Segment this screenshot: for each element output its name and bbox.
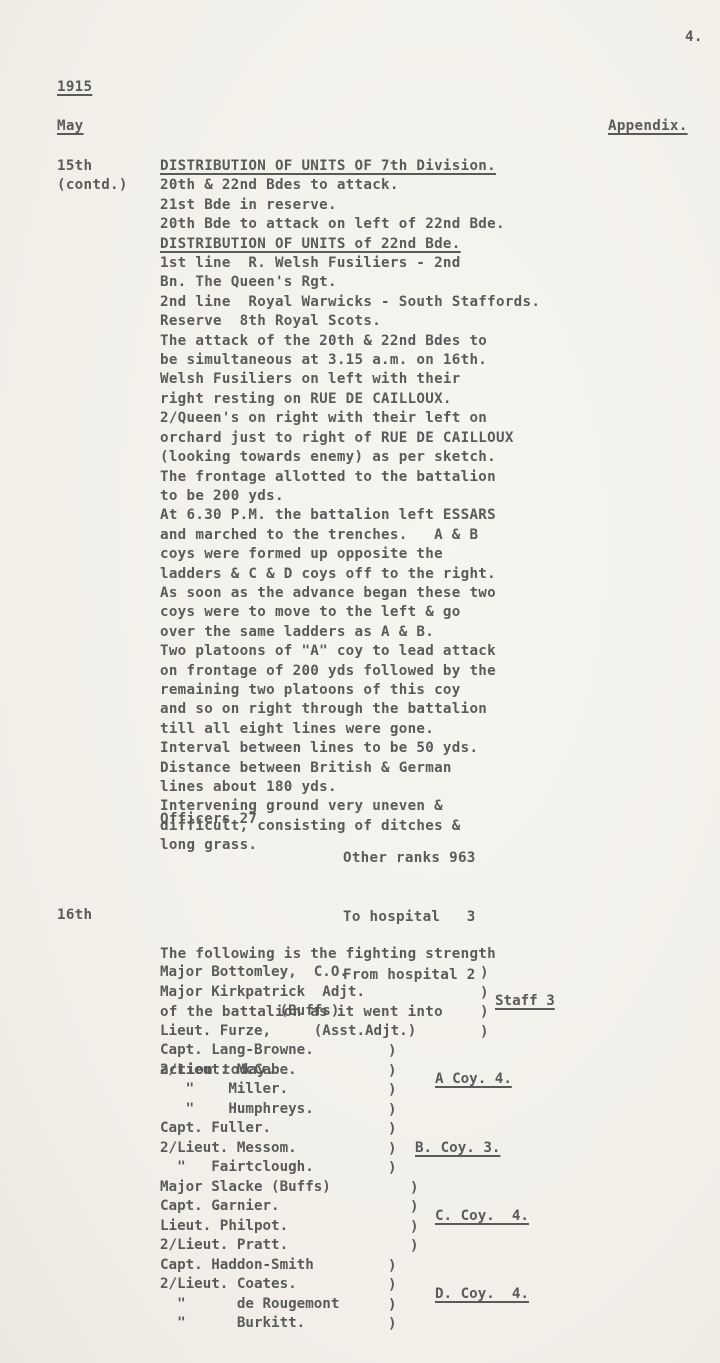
roster-member: Capt. Fuller. <box>160 1120 416 1140</box>
entry-line: The attack of the 20th & 22nd Bdes to <box>160 332 540 351</box>
year-heading: 1915 <box>57 78 92 98</box>
entry-line: 2/Queen's on right with their left on <box>160 409 540 428</box>
entry-line: Reserve 8th Royal Scots. <box>160 312 540 331</box>
group-brace: ) ) ) <box>388 1120 397 1179</box>
entry-line: orchard just to right of RUE DE CAILLOUX <box>160 429 540 448</box>
entry-line: coys were formed up opposite the <box>160 545 540 564</box>
entry-line: As soon as the advance began these two <box>160 584 540 603</box>
entry-date-15th: 15th <box>57 157 92 177</box>
intro-line: The following is the fighting strength <box>160 945 496 964</box>
entry-line: 2nd line Royal Warwicks - South Stafford… <box>160 293 540 312</box>
entry-line: 1st line R. Welsh Fusiliers - 2nd <box>160 254 540 273</box>
roster-member: " Miller. <box>160 1081 416 1101</box>
roster-member: " Burkitt. <box>160 1315 416 1335</box>
group-label: Staff 3 <box>495 993 555 1009</box>
entry-line: DISTRIBUTION OF UNITS of 22nd Bde. <box>160 235 540 254</box>
page-number: 4. <box>685 28 703 48</box>
entry-line: coys were to move to the left & go <box>160 603 540 622</box>
entry-line: lines about 180 yds. <box>160 778 540 797</box>
entry-line: over the same ladders as A & B. <box>160 623 540 642</box>
group-brace: ) ) ) ) <box>480 964 489 1042</box>
roster-member: Major Slacke (Buffs) <box>160 1179 416 1199</box>
roster-member: 2/Lieut. Messom. <box>160 1140 416 1160</box>
roster-member: Major Bottomley, C.O. <box>160 964 416 984</box>
entry-line: The frontage allotted to the battalion <box>160 468 540 487</box>
entry-date-16th: 16th <box>57 906 92 926</box>
entry-line: be simultaneous at 3.15 a.m. on 16th. <box>160 351 540 370</box>
group-label: B. Coy. 3. <box>415 1140 500 1156</box>
group-brace: ) ) ) ) <box>410 1179 419 1257</box>
roster-member: " Fairtclough. <box>160 1159 416 1179</box>
entry-line: ladders & C & D coys off to the right. <box>160 565 540 584</box>
entry-line: on frontage of 200 yds followed by the <box>160 662 540 681</box>
officers-count: Officers 27 <box>160 810 257 830</box>
roster-member: " Humphreys. <box>160 1101 416 1121</box>
entry-line: Bn. The Queen's Rgt. <box>160 273 540 292</box>
document-page: 4. 1915 May Appendix. 15th (contd.) DIST… <box>0 0 720 1363</box>
month-heading: May <box>57 117 84 137</box>
roster-member: 2/Lieut. Coates. <box>160 1276 416 1296</box>
roster-member: 2/Lieut. McCabe. <box>160 1062 416 1082</box>
other-ranks: Other ranks 963 <box>343 849 476 869</box>
roster-member: Capt. Haddon-Smith <box>160 1257 416 1277</box>
group-brace: ) ) ) ) <box>388 1042 397 1120</box>
roster-member: Lieut. Furze, (Asst.Adjt.) <box>160 1023 416 1043</box>
group-label: D. Coy. 4. <box>435 1286 529 1302</box>
roster-member: Capt. Garnier. <box>160 1198 416 1218</box>
roster-member: 2/Lieut. Pratt. <box>160 1237 416 1257</box>
officer-roster: Major Bottomley, C.O.Major Kirkpatrick A… <box>160 964 416 1335</box>
entry-line: Two platoons of "A" coy to lead attack <box>160 642 540 661</box>
entry-line: 21st Bde in reserve. <box>160 196 540 215</box>
entry-line: till all eight lines were gone. <box>160 720 540 739</box>
roster-member: " de Rougemont <box>160 1296 416 1316</box>
roster-member: Lieut. Philpot. <box>160 1218 416 1238</box>
entry-line: 20th Bde to attack on left of 22nd Bde. <box>160 215 540 234</box>
roster-member: Major Kirkpatrick Adjt. <box>160 984 416 1004</box>
group-label: A Coy. 4. <box>435 1071 512 1087</box>
entry-line: remaining two platoons of this coy <box>160 681 540 700</box>
entry-line: to be 200 yds. <box>160 487 540 506</box>
entry-line: right resting on RUE DE CAILLOUX. <box>160 390 540 409</box>
entry-line: Interval between lines to be 50 yds. <box>160 739 540 758</box>
appendix-heading: Appendix. <box>608 117 688 137</box>
entry-line: DISTRIBUTION OF UNITS OF 7th Division. <box>160 157 540 176</box>
entry-line: Distance between British & German <box>160 759 540 778</box>
entry-date-note: (contd.) <box>57 176 128 196</box>
entry-line: At 6.30 P.M. the battalion left ESSARS <box>160 506 540 525</box>
roster-member: (Buffs) <box>160 1003 416 1023</box>
entry-15th-body: DISTRIBUTION OF UNITS OF 7th Division.20… <box>160 157 540 856</box>
entry-line: (looking towards enemy) as per sketch. <box>160 448 540 467</box>
roster-member: Capt. Lang-Browne. <box>160 1042 416 1062</box>
entry-line: and so on right through the battalion <box>160 700 540 719</box>
group-brace: ) ) ) ) <box>388 1257 397 1335</box>
entry-line: and marched to the trenches. A & B <box>160 526 540 545</box>
entry-line: Welsh Fusiliers on left with their <box>160 370 540 389</box>
entry-line: 20th & 22nd Bdes to attack. <box>160 176 540 195</box>
group-label: C. Coy. 4. <box>435 1208 529 1224</box>
